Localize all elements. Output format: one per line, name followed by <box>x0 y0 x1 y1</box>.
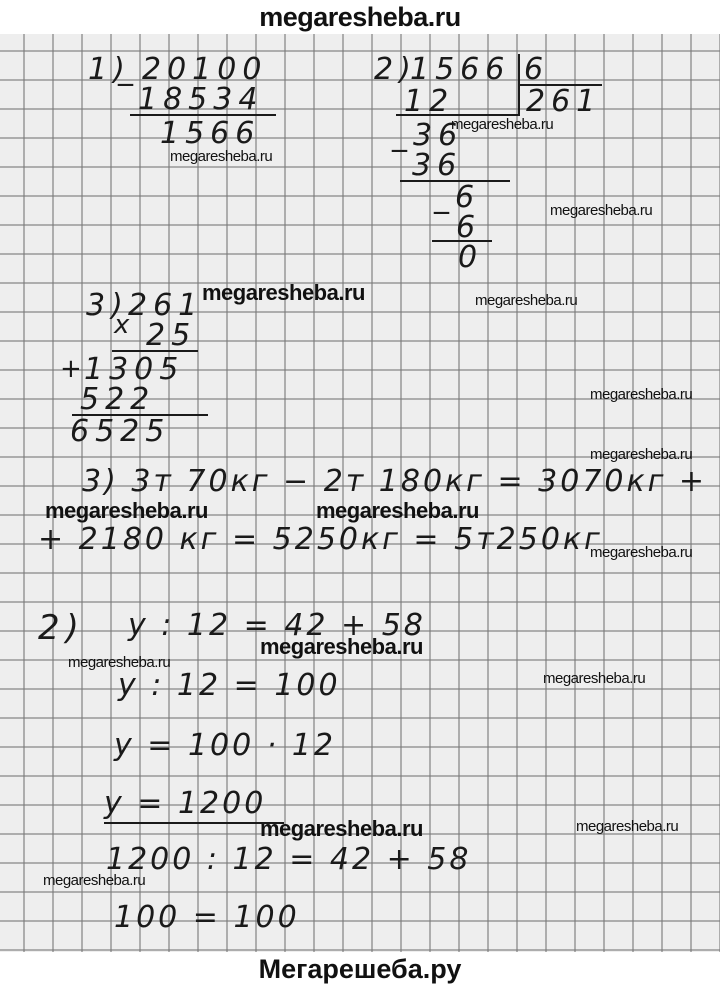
site-footer: Мегарешеба.ру <box>0 952 720 986</box>
division-divisor: 6 <box>524 52 549 87</box>
watermark: megaresheba.ru <box>170 148 272 165</box>
task1-operator: _ <box>118 52 139 87</box>
mass-line-2: + 2180 кг = 5250кг = 5т250кг <box>38 522 603 557</box>
watermark: megaresheba.ru <box>316 498 479 524</box>
product-result: 6525 <box>70 414 170 449</box>
watermark: megaresheba.ru <box>43 872 145 889</box>
equation-line: y : 12 = 100 <box>118 668 341 703</box>
watermark: megaresheba.ru <box>543 670 645 687</box>
mass-line-1: 3) 3т 70кг − 2т 180кг = 3070кг + <box>82 464 707 499</box>
task1-result: 1566 <box>160 116 260 151</box>
watermark: megaresheba.ru <box>451 116 553 133</box>
watermark: megaresheba.ru <box>260 634 423 660</box>
watermark: megaresheba.ru <box>590 544 692 561</box>
equation-label: 2) <box>38 608 85 648</box>
answer-underline <box>104 822 284 824</box>
task1-subtrahend: 18534 <box>138 82 263 117</box>
multiply-operator: x <box>114 310 135 340</box>
check-line: 1200 : 12 = 42 + 58 <box>106 842 471 877</box>
watermark: megaresheba.ru <box>68 654 170 671</box>
site-header: megaresheba.ru <box>0 0 720 34</box>
watermark: megaresheba.ru <box>202 280 365 306</box>
notebook-page: 1) _ 20100 18534 1566 2) 1566 6 261 12 _… <box>0 34 720 952</box>
watermark: megaresheba.ru <box>475 292 577 309</box>
partial-product-2: 522 <box>80 382 155 417</box>
division-dividend: 1566 <box>410 52 510 87</box>
equation-answer: y = 1200 <box>104 786 266 821</box>
division-remainder: 0 <box>458 240 483 275</box>
watermark: megaresheba.ru <box>260 816 423 842</box>
watermark: megaresheba.ru <box>576 818 678 835</box>
division-step: 36 <box>412 148 462 183</box>
watermark: megaresheba.ru <box>45 498 208 524</box>
check-line: 100 = 100 <box>114 900 300 935</box>
watermark: megaresheba.ru <box>550 202 652 219</box>
division-quotient: 261 <box>526 84 601 119</box>
multiplier: 25 <box>146 318 196 353</box>
watermark: megaresheba.ru <box>590 386 692 403</box>
watermark: megaresheba.ru <box>590 446 692 463</box>
equation-line: y = 100 · 12 <box>114 728 336 763</box>
